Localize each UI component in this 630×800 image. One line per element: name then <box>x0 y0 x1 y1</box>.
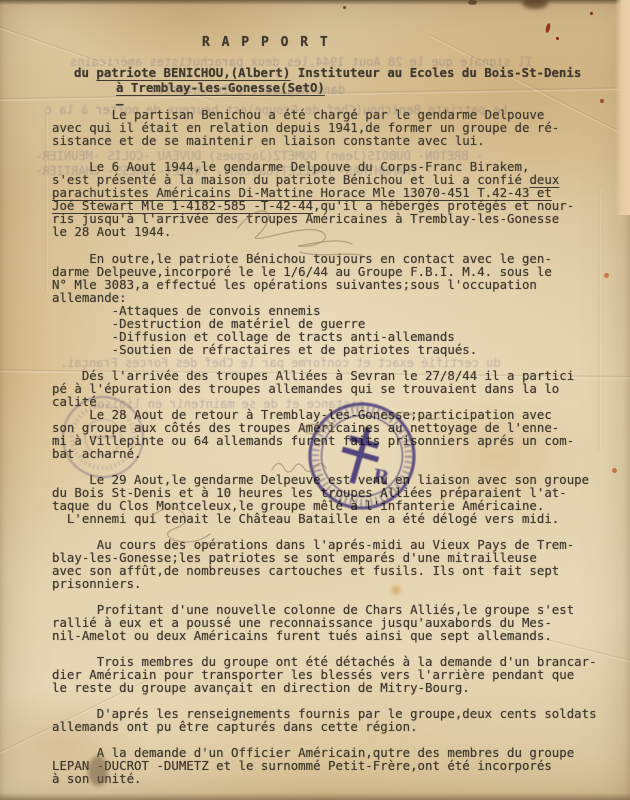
subject-name-underlined: patriote BENICHOU,(Albert) <box>96 65 290 80</box>
location-underlined: à Tremblay-les-Gonesse(SetO) <box>116 80 325 95</box>
ink-speck <box>343 6 346 9</box>
report-title: R A P P O R T <box>202 36 330 49</box>
paragraph-8: Trois membres du groupe ont été détachés… <box>52 655 597 694</box>
ink-speck <box>612 468 617 473</box>
paragraph-3: En outre,le patriote Bénichou toujours e… <box>52 252 552 356</box>
report-subject-line: du patriote BENICHOU,(Albert) Instituteu… <box>74 66 581 79</box>
faint-circular-stamp <box>60 394 146 480</box>
paragraph-2: Le 6 Aout 1944,le gendarme Delpouve du C… <box>52 160 574 238</box>
scanned-report-page: Il signale que le 28 Aout 1944,les deux … <box>0 0 630 800</box>
ink-speck <box>556 37 559 40</box>
ink-speck <box>590 12 593 15</box>
paragraph-7: Profitant d'une nouvelle colonne de Char… <box>52 603 574 642</box>
paragraph-9: D'aprés les renseignements fournis par l… <box>52 707 597 733</box>
subject-prefix: du <box>74 65 96 80</box>
paragraph-1: Le partisan Benichou a été chargé par le… <box>52 108 559 147</box>
subject-suffix: Instituteur au Ecoles du Bois-St-Denis <box>290 65 581 80</box>
paper-bottom-edge <box>0 793 630 800</box>
ink-speck <box>600 99 604 103</box>
bottom-smudge <box>88 756 108 786</box>
report-location-line: à Tremblay-les-Gonesse(SetO) <box>116 81 325 94</box>
paragraph-10: A la demande d'un Officier Américain,qut… <box>52 746 574 785</box>
paper-right-edge <box>615 0 630 215</box>
circular-ink-stamp: R <box>306 400 418 512</box>
stain <box>392 586 400 594</box>
ink-speck <box>468 0 477 5</box>
svg-text:R: R <box>371 465 391 489</box>
paragraph-2-pre: Le 6 Aout 1944,le gendarme Delpouve du C… <box>52 159 529 187</box>
paragraph-6: Au cours des opérations dans l'aprés-mid… <box>52 538 574 590</box>
ink-speck <box>604 273 609 278</box>
